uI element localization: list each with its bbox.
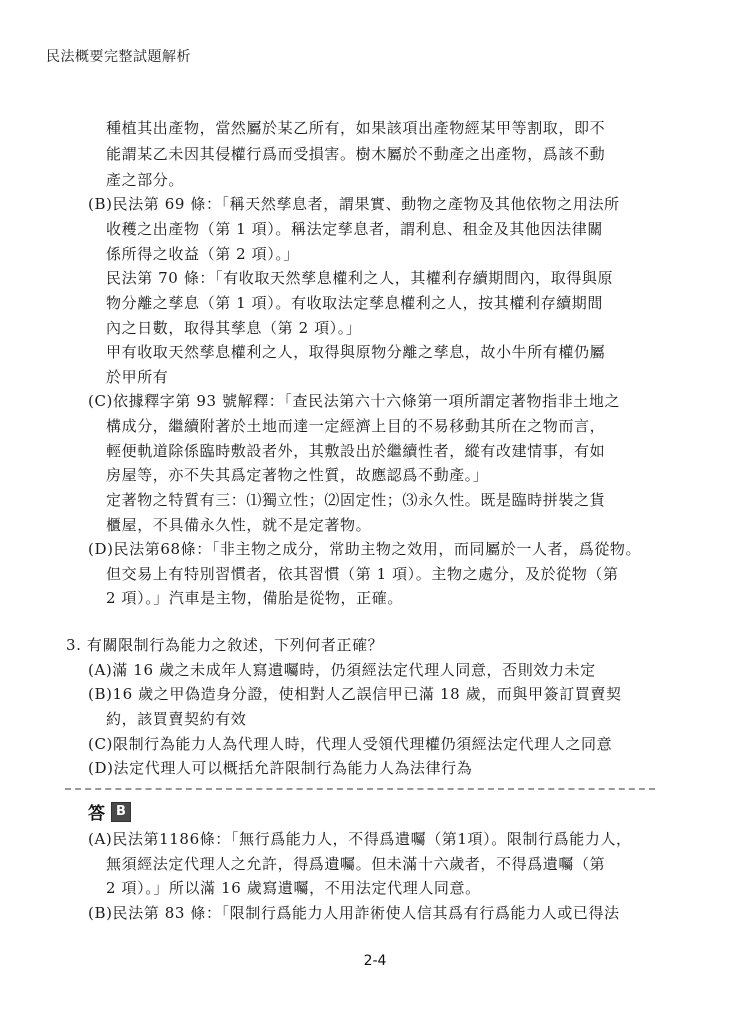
section-divider xyxy=(65,788,655,790)
answer-label: 答 xyxy=(88,799,105,824)
explanation-b-line: 係所得之收益（第 2 項）。」 xyxy=(106,244,299,264)
explanation-b-line: (B)民法第 69 條：「稱天然孳息者，謂果實、動物之產物及其他依物之用法所 xyxy=(88,194,620,214)
explanation-b-line: 物分離之孳息（第 1 項）。有收取法定孳息權利之人，按其權利存續期間 xyxy=(106,293,603,313)
explanation-b-line: 甲有收取天然孳息權利之人，取得與原物分離之孳息，故小牛所有權仍屬 xyxy=(106,342,605,362)
answer-explanation-line: 無須經法定代理人之允許，得爲遺囑。但未滿十六歲者，不得爲遺囑（第 xyxy=(106,854,605,874)
explanation-b-line: 民法第 70 條：「有收取天然孳息權利之人，其權利存續期間內，取得與原 xyxy=(106,268,613,288)
question-option-b: (B)16 歲之甲偽造身分證，使相對人乙誤信甲已滿 18 歲，而與甲簽訂買賣契 xyxy=(88,684,622,704)
question-option-d: (D)法定代理人可以概括允許限制行為能力人為法律行為 xyxy=(88,758,472,778)
answer-explanation-line: (A)民法第1186條：「無行爲能力人，不得爲遺囑（第1項）。限制行爲能力人， xyxy=(88,829,632,849)
text-line: 能謂某乙未因其侵權行爲而受損害。樹木屬於不動產之出產物，爲該不動 xyxy=(106,144,605,164)
answer-explanation-line: (B)民法第 83 條：「限制行爲能力人用詐術使人信其爲有行爲能力人或已得法 xyxy=(88,903,620,923)
explanation-d-line: 2 項）。」汽車是主物，備胎是從物，正確。 xyxy=(106,588,403,608)
explanation-d-line: (D)民法第68條：「非主物之成分，常助主物之效用，而同屬於一人者，爲從物。 xyxy=(88,539,641,559)
explanation-d-line: 但交易上有特別習慣者，依其習慣（第 1 項）。主物之處分，及於從物（第 xyxy=(106,564,619,584)
text-line: 種植其出產物，當然屬於某乙所有，如果該項出產物經某甲等割取，即不 xyxy=(106,118,605,138)
question-stem: 3. 有關限制行為能力之敘述，下列何者正確？ xyxy=(66,635,383,655)
question-option-a: (A)滿 16 歲之未成年人寫遺囑時，仍須經法定代理人同意，否則效力未定 xyxy=(88,660,596,680)
page-number: 2-4 xyxy=(0,953,750,969)
question-option-b-cont: 約，該買賣契約有效 xyxy=(106,709,246,729)
text-line: 產之部分。 xyxy=(106,170,184,190)
explanation-b-line: 內之日數，取得其孳息（第 2 項）。」 xyxy=(106,318,361,338)
explanation-b-line: 於甲所有 xyxy=(106,367,168,387)
explanation-c-line: 定著物之特質有三：⑴獨立性；⑵固定性；⑶永久性。既是臨時拼裝之貨 xyxy=(106,490,605,510)
explanation-b-line: 收穫之出產物（第 1 項）。稱法定孳息者，謂利息、租金及其他因法律關 xyxy=(106,219,603,239)
explanation-c-line: 輕便軌道除係臨時敷設者外，其敷設出於繼續性者，縱有改建情事，有如 xyxy=(106,441,605,461)
explanation-c-line: (C)依據釋字第 93 號解釋：「查民法第六十六條第一項所謂定著物指非土地之 xyxy=(88,391,620,411)
explanation-c-line: 構成分，繼續附著於土地而達一定經濟上目的不易移動其所在之物而言， xyxy=(106,416,605,436)
running-header: 民法概要完整試題解析 xyxy=(46,46,191,66)
explanation-c-line: 櫃屋，不具備永久性，就不是定著物。 xyxy=(106,515,371,535)
question-option-c: (C)限制行為能力人為代理人時，代理人受領代理權仍須經法定代理人之同意 xyxy=(88,734,612,754)
explanation-c-line: 房屋等，亦不失其爲定著物之性質，故應認爲不動產。」 xyxy=(106,465,489,485)
answer-block: 答 B xyxy=(88,799,131,824)
answer-badge: B xyxy=(111,802,131,822)
answer-explanation-line: 2 項）。」所以滿 16 歲寫遺囑，不用法定代理人同意。 xyxy=(106,878,481,898)
